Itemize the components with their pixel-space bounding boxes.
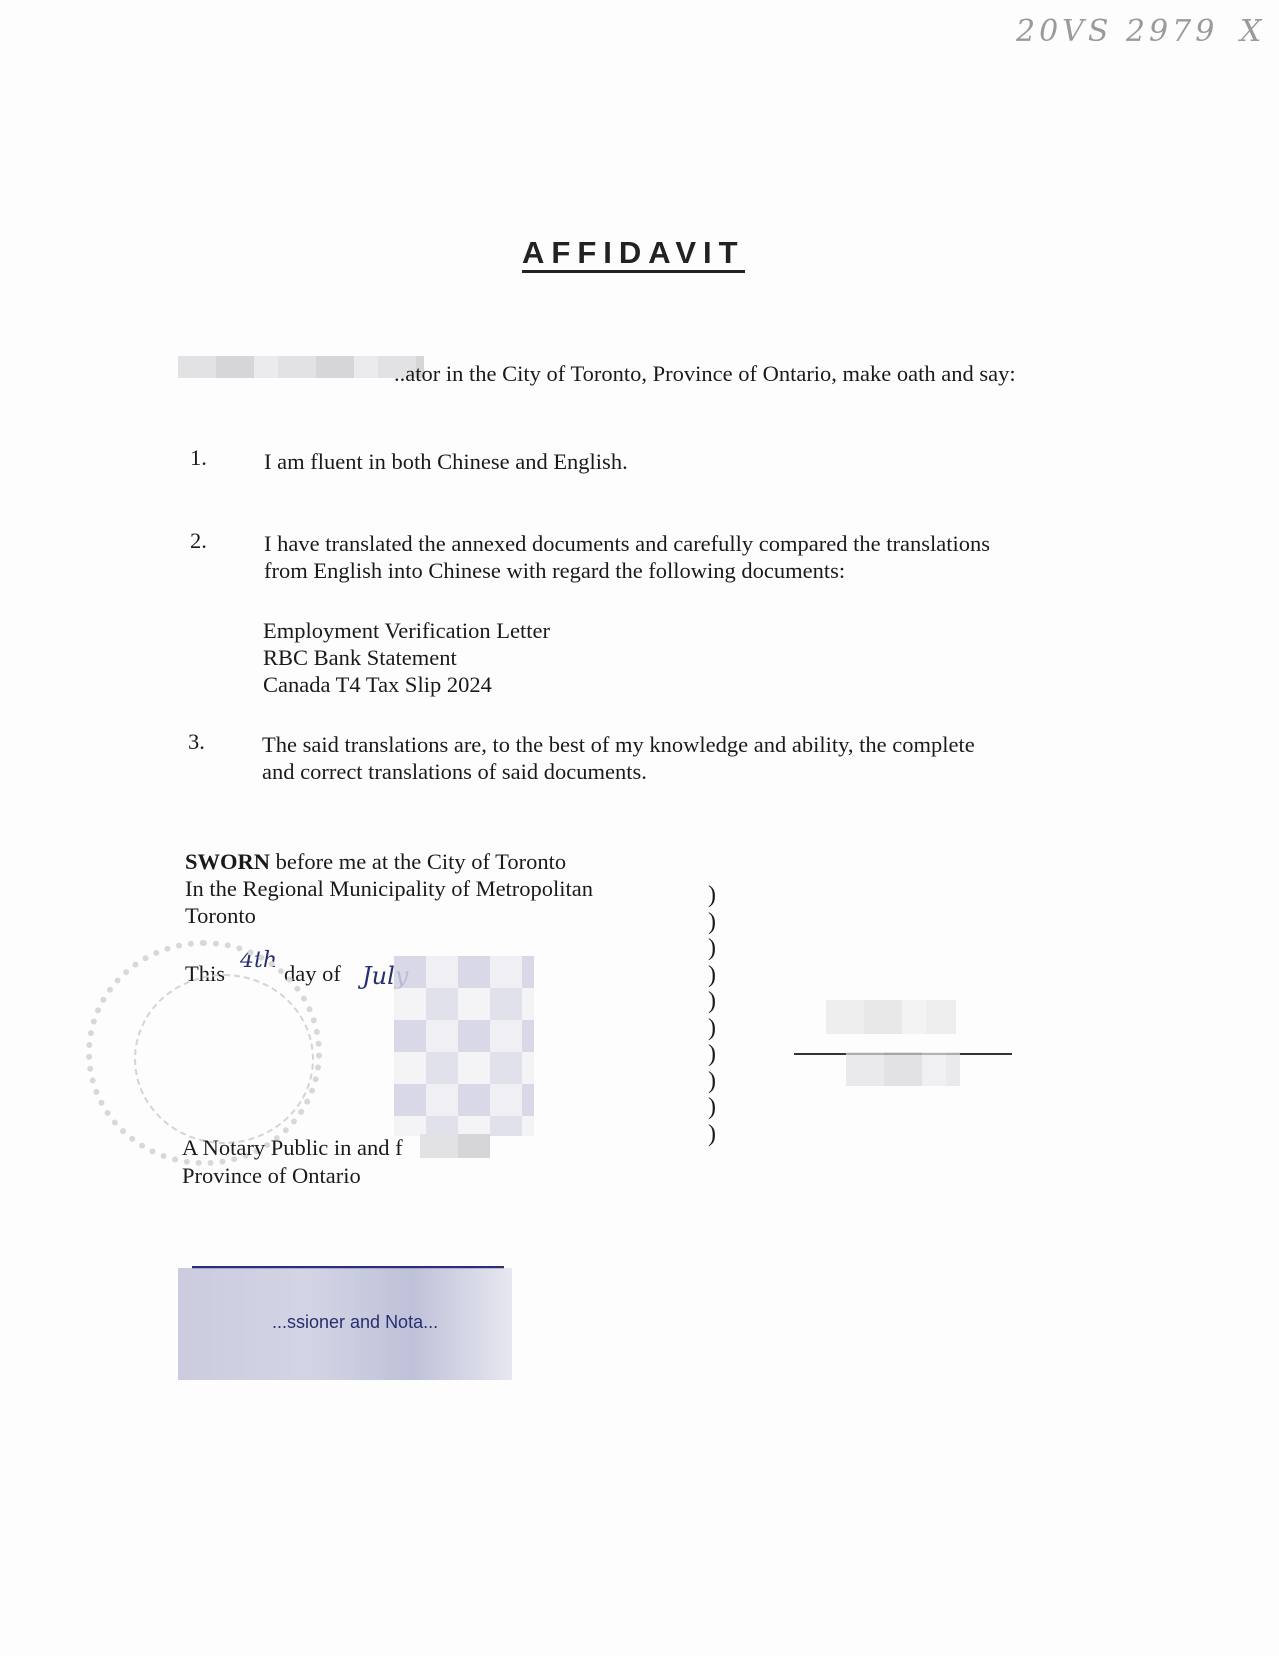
handwritten-mark: X bbox=[1240, 14, 1265, 49]
redacted-deponent-name bbox=[846, 1052, 960, 1086]
handwritten-reference: 20VS 2979 bbox=[1016, 14, 1218, 49]
notary-line-1: A Notary Public in and f bbox=[182, 1134, 403, 1161]
paragraph-number: 1. bbox=[190, 444, 207, 471]
sworn-label: SWORN bbox=[185, 849, 270, 874]
paragraph-2-line-2: from English into Chinese with regard th… bbox=[264, 557, 845, 584]
stamp-visible-text: ...ssioner and Nota... bbox=[272, 1312, 438, 1333]
notary-line-2: Province of Ontario bbox=[182, 1162, 361, 1189]
jurat-line-2: In the Regional Municipality of Metropol… bbox=[185, 875, 593, 902]
notary-seal-inner-ring bbox=[134, 974, 314, 1144]
jurat-line-3: Toronto bbox=[185, 902, 256, 929]
jurat-line-1: SWORN before me at the City of Toronto bbox=[185, 848, 566, 875]
document-list-item: Canada T4 Tax Slip 2024 bbox=[263, 671, 492, 698]
paragraph-3-line-2: and correct translations of said documen… bbox=[262, 758, 647, 785]
redacted-notary-text bbox=[420, 1134, 490, 1158]
document-title: AFFIDAVIT bbox=[522, 236, 745, 273]
redacted-name bbox=[178, 356, 424, 378]
redacted-signature bbox=[826, 1000, 956, 1034]
intro-text: ..ator in the City of Toronto, Province … bbox=[394, 360, 1016, 387]
paragraph-2-line-1: I have translated the annexed documents … bbox=[264, 530, 990, 557]
paragraph-1-line: I am fluent in both Chinese and English. bbox=[264, 448, 628, 475]
redacted-region bbox=[394, 956, 534, 1136]
paragraph-number: 3. bbox=[188, 728, 205, 755]
parentheses-column: ) ) ) ) ) ) ) ) ) ) bbox=[708, 882, 716, 1147]
document-list-item: Employment Verification Letter bbox=[263, 617, 550, 644]
document-list-item: RBC Bank Statement bbox=[263, 644, 457, 671]
paragraph-number: 2. bbox=[190, 527, 207, 554]
paragraph-3-line-1: The said translations are, to the best o… bbox=[262, 731, 975, 758]
